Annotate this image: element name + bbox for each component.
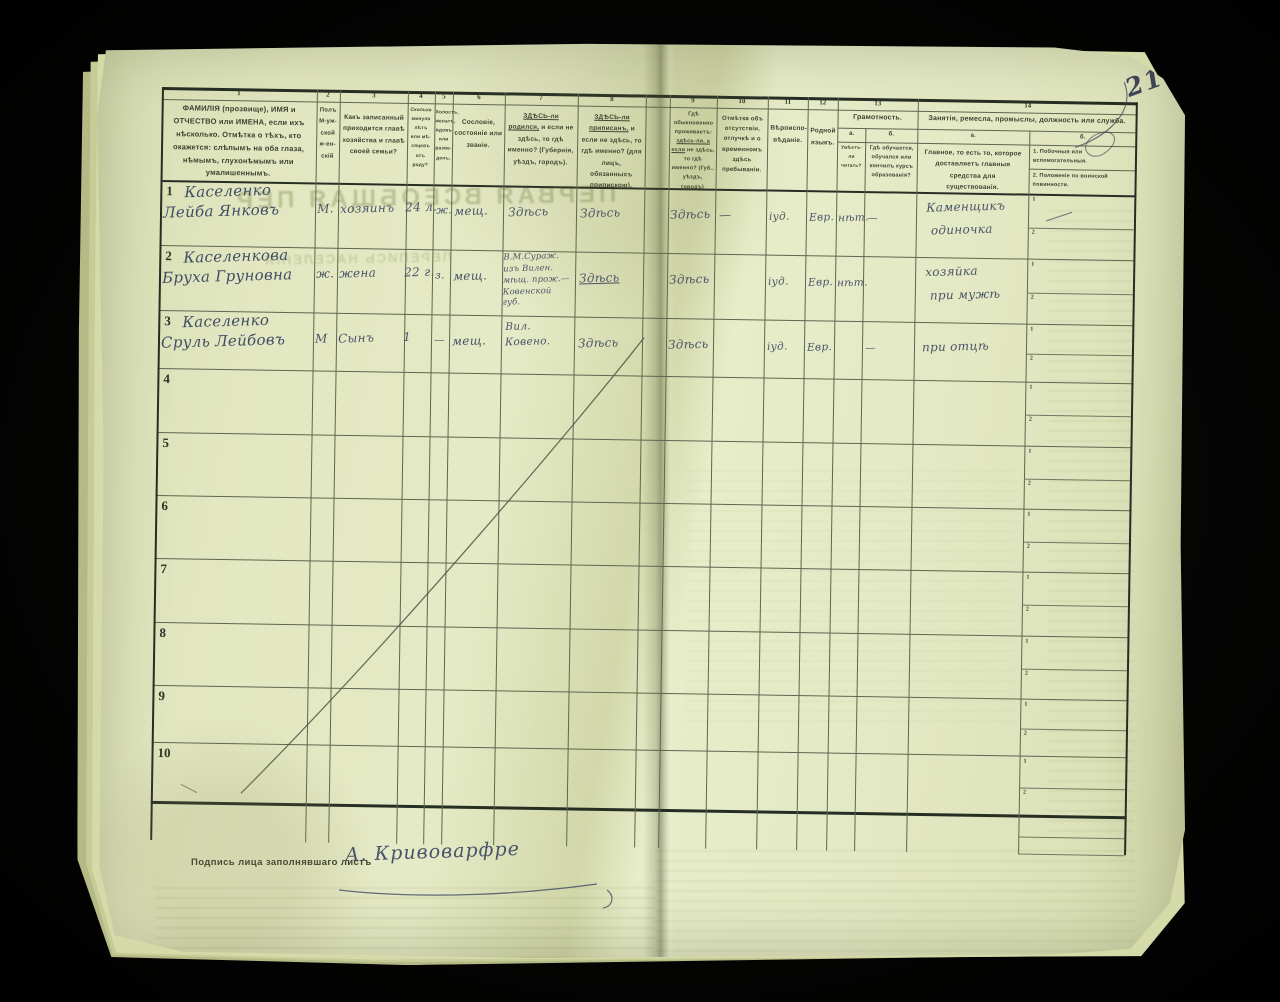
subrow-line [1026, 354, 1132, 357]
subrow-label: 2 [1032, 230, 1035, 236]
record-given-name: Сруль Лейбовъ [161, 330, 286, 351]
record-language: Евр. [809, 211, 834, 224]
subrow-label: 1 [1026, 575, 1029, 581]
record-marital: — [434, 334, 445, 346]
ink-dash [1046, 212, 1072, 221]
column-header-marital-line: или [435, 136, 452, 145]
subrow-label: 1 [1032, 197, 1035, 203]
record-absence: — [719, 208, 732, 222]
subrow-label: 2 [1028, 481, 1031, 487]
subrow-label: 1 [1028, 449, 1031, 455]
record-birthplace: губ. [503, 297, 521, 307]
record-birthplace: Ковенской [503, 286, 552, 297]
column-header-registration-rest: и если не здѣсь, то гдѣ именно? (для лиц… [581, 126, 641, 190]
grid-line-v [634, 95, 647, 848]
grid-line-h [153, 685, 1129, 701]
record-surname: Каселенкова [183, 246, 289, 267]
census-table: 1212121212121212121212345678910111213141… [150, 87, 1138, 862]
literacy-sub-a: а. [838, 129, 865, 140]
occupation-sub-b: б. [1030, 132, 1135, 144]
record-literacy-edu: — [865, 342, 876, 354]
column-number: 1 [237, 89, 241, 100]
record-literacy-edu: — [867, 212, 878, 224]
column-header-sex-line: скій [316, 151, 339, 163]
record-estate: мещ. [452, 333, 486, 348]
column-header-marital-line: вдовъ [435, 127, 452, 136]
subrow-label: 1 [1025, 639, 1028, 645]
ink-tick [181, 784, 197, 792]
grid-line-v [756, 97, 769, 850]
literacy-read-header: Умѣетъ-ли читать? [839, 144, 864, 172]
record-occupation: при мужѣ [930, 287, 1001, 303]
record-birthplace: В.М.Сураж. [503, 251, 559, 263]
record-marital: ж. [436, 204, 452, 216]
record-occupation: хозяйка [925, 264, 978, 279]
column-header-relation: Какъ записанный приходится главѣ хозяйст… [342, 112, 406, 158]
record-residence: Здѣсь [668, 337, 709, 352]
row-number: 5 [162, 435, 169, 451]
column-header-religion-line: вѣданіе. [770, 135, 805, 148]
record-birthplace: Здѣсь [508, 204, 549, 219]
column-header-age-line: Сколько [409, 106, 434, 116]
column-number: 12 [819, 98, 826, 109]
record-birthplace: Вил. [505, 320, 531, 333]
record-estate: мещ. [454, 203, 488, 218]
record-surname: Каселенко [184, 181, 271, 201]
grid-line-h [152, 742, 1128, 758]
record-given-name: Лейба Янковъ [163, 200, 280, 221]
record-sex: ж. [316, 266, 334, 280]
column-number: 8 [610, 95, 614, 106]
row-number: 2 [165, 248, 172, 264]
column-number: 6 [477, 93, 481, 104]
row-number: 3 [164, 313, 171, 329]
literacy-sub-b: б. [866, 129, 916, 140]
row-number: 7 [160, 561, 167, 577]
grid-line-h [154, 622, 1130, 638]
column-header-marital-line: женатъ, [435, 117, 452, 126]
column-header-literacy: Грамотность. [839, 113, 917, 125]
column-number: 11 [784, 98, 791, 109]
column-header-name: ФАМИЛІЯ (прозвище), ИМЯ и ОТЧЕСТВО или И… [163, 102, 315, 182]
column-header-marital-line: Холостъ, [436, 108, 453, 117]
column-header-marital-line: денъ. [435, 154, 452, 163]
grid-line-v [566, 94, 579, 847]
subrow-label: 1 [1023, 759, 1026, 765]
record-language: Евр. [807, 341, 832, 354]
record-sex: М [315, 331, 328, 345]
subrow-label: 1 [1027, 512, 1030, 518]
column-header-residence-rest: не здѣсь, то гдѣ именно? (Губ., уѣздъ, г… [672, 147, 715, 190]
column-header-age-line: лѣтъ [408, 124, 433, 134]
column-header-marital-line: разве- [435, 145, 452, 154]
column-number: 7 [539, 94, 543, 105]
grid-line-h [151, 801, 1127, 819]
row-number: 4 [163, 371, 170, 387]
subrow-label: 1 [1030, 327, 1033, 333]
subrow-line [1027, 293, 1133, 296]
column-header-sex-line: Полъ [317, 105, 340, 117]
record-marital: з. [435, 269, 445, 281]
column-header-age: Сколькоминулолѣтъили мѣ-сяцевъотъроду? [408, 106, 434, 170]
occupation-side-header: 1. Побочныя или вспомогательныя. [1033, 148, 1132, 168]
record-age: 24 л. [405, 200, 437, 215]
literacy-edu-header: Гдѣ обучается, обучался или кончилъ курс… [868, 144, 916, 181]
grid-line-h [158, 368, 1134, 384]
subrow-line [1023, 542, 1129, 545]
record-registered: Здѣсь [580, 205, 621, 220]
column-header-sex: ПолъМ-уж-скойж-ен-скій [316, 105, 340, 162]
subrow-line [1018, 854, 1124, 857]
column-header-language-line: Родной [810, 125, 835, 138]
subrow-line [1024, 479, 1130, 482]
column-header-age-line: сяцевъ [408, 142, 433, 152]
column-number: 5 [442, 92, 446, 103]
record-residence: Здѣсь [669, 272, 710, 287]
grid-line-h [158, 310, 1134, 326]
subrow-label: 2 [1030, 356, 1033, 362]
record-literacy-read: нѣт. [838, 211, 869, 224]
record-given-name: Бруха Груновна [162, 265, 293, 287]
column-number: 10 [738, 97, 745, 108]
column-header-religion-line: Вѣроиспо- [770, 123, 805, 136]
column-header-marital: Холостъ,женатъ,вдовъилиразве-денъ. [435, 108, 453, 163]
bleed-through-text [655, 847, 1135, 952]
column-header-age-line: роду? [408, 161, 433, 171]
grid-line-v [1018, 131, 1030, 854]
subrow-label: 2 [1023, 790, 1026, 796]
record-occupation: одиночка [931, 222, 993, 238]
record-sex: М. [317, 201, 334, 215]
grid-line-v [150, 87, 164, 840]
row-number: 9 [158, 688, 165, 704]
record-residence: Здѣсь [670, 207, 711, 222]
column-header-language: Роднойязыкъ. [810, 125, 835, 150]
column-number: 14 [1024, 102, 1031, 113]
column-header-residence: Гдѣ обыкновенно проживаетъ: здѣсь-ли, а … [670, 110, 715, 192]
record-religion: іуд. [768, 275, 789, 288]
record-registered: Здѣсь [579, 270, 620, 285]
column-header-occupation: Занятія, ремесла, промыслы, должность ил… [919, 114, 1136, 128]
subrow-label: 1 [1024, 702, 1027, 708]
record-religion: іуд. [767, 340, 788, 353]
record-birthplace: мѣщ. прож.— [503, 274, 570, 286]
subrow-line [1018, 837, 1124, 840]
subrow-line [1028, 228, 1134, 231]
subrow-label: 2 [1026, 607, 1029, 613]
grid-line-v [906, 99, 919, 852]
record-literacy-read: нѣт. [837, 276, 868, 289]
black-background: ПЕРВАЯ ВСЕОБЩАЯ ПЕР ПЕРЕПИСЬ НАСЕЛЕНІЯ 1… [0, 0, 1280, 1002]
grid-line-h [160, 245, 1136, 261]
record-surname: Каселенко [182, 311, 269, 331]
record-birthplace: Ковено. [505, 335, 551, 348]
occupation-military-header: 2. Положеніе по воинской повинности. [1032, 172, 1131, 192]
column-header-age-line: минуло [408, 115, 433, 125]
subrow-label: 2 [1029, 417, 1032, 423]
record-relation: Сынъ [338, 331, 374, 346]
subrow-line [1022, 605, 1128, 608]
record-occupation: при отцѣ [922, 339, 989, 355]
page-number: 21 [1121, 62, 1167, 103]
row-number: 10 [157, 745, 170, 761]
record-registered: Здѣсь [578, 335, 619, 350]
record-age: 22 г. [404, 265, 435, 280]
record-language: Евр. [808, 276, 833, 289]
column-header-age-line: или мѣ- [408, 133, 433, 143]
subrow-label: 2 [1024, 731, 1027, 737]
column-number: 3 [372, 91, 376, 102]
subrow-label: 2 [1025, 671, 1028, 677]
subrow-label: 2 [1031, 295, 1034, 301]
subrow-line [1025, 415, 1131, 418]
column-number: 4 [419, 92, 423, 103]
grid-line-v [493, 92, 506, 845]
record-relation: хозяинъ [340, 200, 395, 216]
row-number: 6 [161, 498, 168, 514]
column-header-residence-pre: Гдѣ обыкновенно проживаетъ: [674, 111, 714, 136]
record-birthplace: изъ Вилен. [503, 263, 553, 274]
column-number: 2 [326, 91, 330, 102]
record-relation: жена [339, 266, 376, 281]
grid-line-h [157, 432, 1133, 448]
occupation-main-header: Главное, то есть то, которое доставляетъ… [922, 147, 1023, 194]
column-header-sex-line: ж-ен- [316, 140, 339, 152]
subrow-label: 2 [1027, 544, 1030, 550]
column-header-registration: ЗДѢСЬ-ли приписанъ, и если не здѣсь, то … [579, 112, 643, 193]
grid-line-v [854, 128, 866, 851]
column-header-religion: Вѣроиспо-вѣданіе. [770, 123, 805, 148]
grid-line-v [796, 97, 809, 850]
occupation-sub-a: а. [918, 130, 1028, 142]
record-occupation: Каменщикъ [926, 199, 1005, 215]
row-number: 1 [166, 183, 173, 199]
column-number: 9 [691, 96, 695, 107]
column-header-registration-underlined: ЗДѢСЬ-ли приписанъ, [589, 114, 630, 133]
column-number: 13 [874, 99, 881, 110]
grid-line-h [155, 558, 1131, 574]
record-religion: іуд. [769, 210, 790, 223]
column-header-sex-line: ской [316, 128, 339, 140]
subrow-line [1019, 788, 1125, 791]
column-header-absence: Отмѣтка объ отсутствіи, отлучкѣ и о врем… [719, 114, 766, 176]
grid-line-v [1124, 102, 1138, 855]
grid-line-h [156, 495, 1132, 511]
column-header-age-line: отъ [408, 151, 433, 161]
record-age: 1 [403, 330, 411, 344]
column-header-estate: Сословіе, состояніе или званіе. [454, 117, 503, 152]
row-number: 8 [159, 625, 166, 641]
subrow-line [1021, 669, 1127, 672]
signature-underline [335, 860, 635, 906]
column-header-sex-line: М-уж- [316, 117, 339, 129]
subrow-label: 1 [1029, 385, 1032, 391]
subrow-line [1020, 729, 1126, 732]
subrow-label: 1 [1031, 262, 1034, 268]
record-estate: мещ. [453, 268, 487, 283]
column-header-language-line: языкъ. [810, 138, 835, 151]
column-header-birthplace: ЗДѢСЬ-ли родился, и если не здѣсь, то гд… [507, 110, 575, 168]
census-sheet: ПЕРВАЯ ВСЕОБЩАЯ ПЕР ПЕРЕПИСЬ НАСЕЛЕНІЯ 1… [95, 42, 1185, 958]
